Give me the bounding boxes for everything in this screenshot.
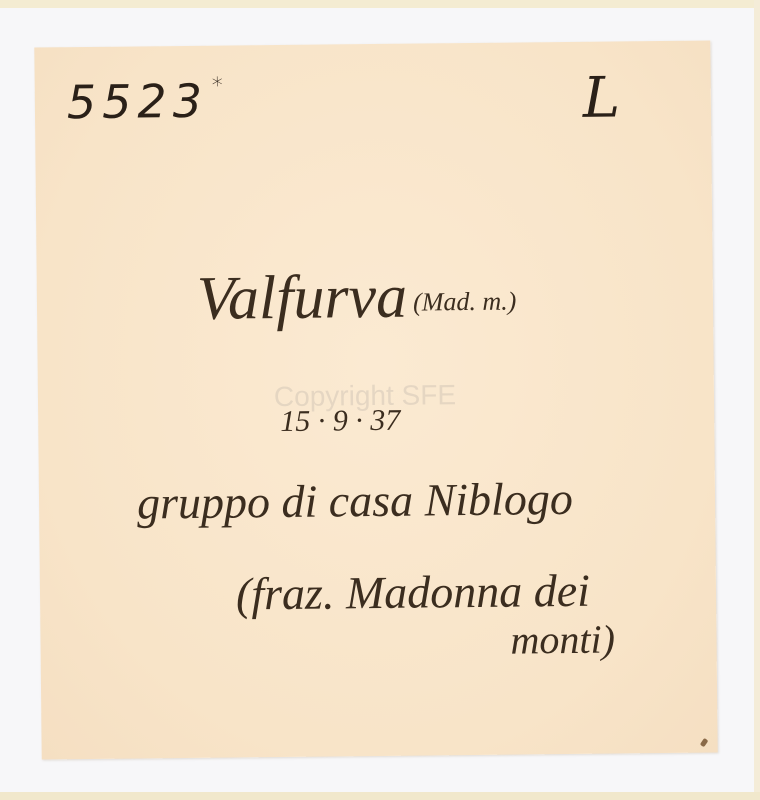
right-edge-strip xyxy=(754,0,760,800)
bottom-edge-strip xyxy=(0,792,760,800)
locality-line: Valfurva(Mad. m.) xyxy=(197,261,517,335)
catalog-number: 5523* xyxy=(67,74,230,130)
locality-note: (Mad. m.) xyxy=(413,287,517,317)
hamlet-line: (fraz. Madonna dei xyxy=(236,564,590,621)
top-edge-strip xyxy=(0,0,760,8)
catalog-number-value: 5523 xyxy=(67,74,209,129)
paper-label: 5523* L Valfurva(Mad. m.) Copyright SFE … xyxy=(34,40,717,759)
hamlet-line-continued: monti) xyxy=(510,616,615,664)
site-description-line: gruppo di casa Niblogo xyxy=(137,472,573,530)
asterisk-mark: * xyxy=(212,74,229,99)
corner-letter: L xyxy=(583,65,621,130)
collection-date: 15 · 9 · 37 xyxy=(280,404,400,439)
ink-speck xyxy=(700,738,709,747)
locality-name: Valfurva xyxy=(197,263,408,333)
